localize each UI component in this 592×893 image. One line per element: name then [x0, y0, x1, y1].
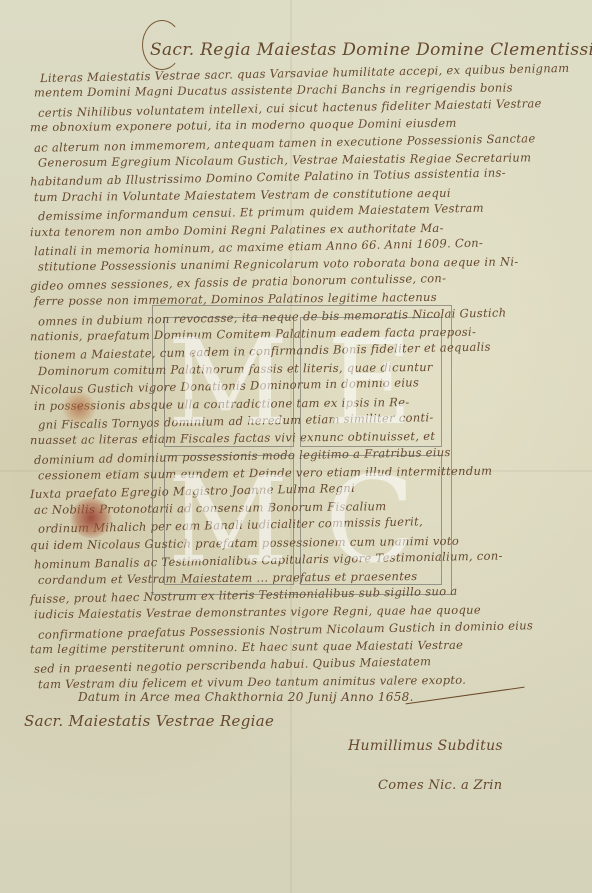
- stain-mark: [62, 392, 96, 424]
- dating-line: Datum in Arce mea Chakthornia 20 Junij A…: [78, 690, 414, 704]
- watermark-letter: C: [300, 461, 440, 579]
- manuscript-line: sed in praesenti negotio perscribenda ha…: [34, 654, 432, 676]
- manuscript-line: demissime informandum censui. Et primum …: [38, 201, 484, 224]
- signature-subscription: Humillimus Subditus: [348, 738, 503, 754]
- manuscript-page: Sacr. Regia Maiestas Domine Domine Cleme…: [0, 0, 592, 893]
- salutation: Sacr. Regia Maiestas Domine Domine Cleme…: [150, 40, 592, 60]
- manuscript-line: me obnoxium exponere potui, ita in moder…: [30, 116, 457, 134]
- signature-name: Comes Nic. a Zrin: [378, 778, 502, 793]
- manuscript-line: iuxta tenorem non ambo Domini Regni Pala…: [30, 220, 444, 238]
- watermark-letter: E: [300, 323, 440, 441]
- manuscript-line: stitutione Possessionis unanimi Regnicol…: [38, 255, 519, 274]
- pen-flourish: [406, 687, 525, 705]
- manuscript-line: tam legitime perstiterunt omnino. Et hae…: [30, 638, 463, 657]
- watermark-letter: M: [164, 461, 292, 579]
- watermark-letter: M: [164, 323, 292, 441]
- manuscript-line: tum Drachi in Voluntate Maiestatem Vestr…: [34, 186, 451, 204]
- closing-formula: Sacr. Maiestatis Vestrae Regiae: [24, 712, 274, 730]
- manuscript-line: tam Vestram diu felicem et vivum Deo tan…: [38, 673, 466, 691]
- wax-seal-remnant: [70, 498, 112, 538]
- manuscript-line: iudicis Maiestatis Vestrae demonstrantes…: [34, 603, 481, 622]
- watermark-overlay: M E M C: [152, 305, 452, 595]
